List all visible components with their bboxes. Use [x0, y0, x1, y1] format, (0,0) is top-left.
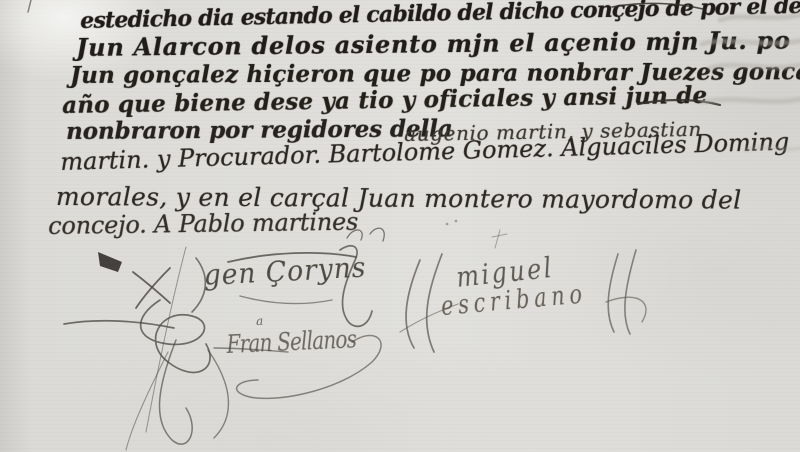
left-rubric [64, 247, 381, 450]
line1-overbar-stroke [612, 3, 703, 9]
signature1-strokes [228, 246, 372, 327]
signature3-initial-stroke-2 [427, 254, 442, 352]
stray-t-mark-bar [492, 234, 507, 237]
line8-flourish-mark-2 [370, 228, 384, 241]
rubric-descender [192, 258, 205, 312]
line8-flourish-mark-1 [347, 230, 362, 240]
rubric-lower-loop-1 [160, 340, 193, 444]
bleedthrough-row-4 [703, 99, 800, 102]
signature3-cross-stroke [400, 304, 458, 332]
signature3-end-stroke-1 [608, 254, 618, 332]
rubric-loop-knot [141, 300, 211, 372]
signature2-underswash [237, 335, 381, 398]
text-pen-strokes [28, 0, 720, 241]
ink-marks-overlay [0, 0, 800, 452]
signature3-initial-stroke-1 [406, 260, 420, 348]
bleedthrough-row-3 [710, 65, 800, 68]
rubric-tail [126, 352, 168, 450]
margin-tick-top-left [28, 0, 31, 12]
rubric-ink-blotch [98, 252, 122, 272]
rubric-lower-loop-2 [208, 350, 228, 438]
signature1-crossbar [228, 253, 356, 262]
stray-t-mark-stem [495, 230, 500, 248]
bleedthrough-row-1 [720, 15, 800, 20]
bleedthrough-marks [702, 15, 800, 150]
manuscript-scan: estedicho dia estando el cabildo del dic… [0, 0, 800, 452]
rubric-connector [214, 348, 288, 352]
bleedthrough-row-2 [702, 41, 800, 44]
signature1-underline [240, 296, 332, 303]
stray-dot-2 [455, 220, 458, 223]
rubric-horizontal-stroke [64, 321, 174, 328]
bleedthrough-row-5 [745, 148, 800, 150]
stray-dot-1 [446, 223, 449, 226]
signature3-end-stroke-2 [625, 250, 636, 334]
signature1-end-loop [340, 246, 372, 327]
signature3-strokes [400, 220, 646, 352]
